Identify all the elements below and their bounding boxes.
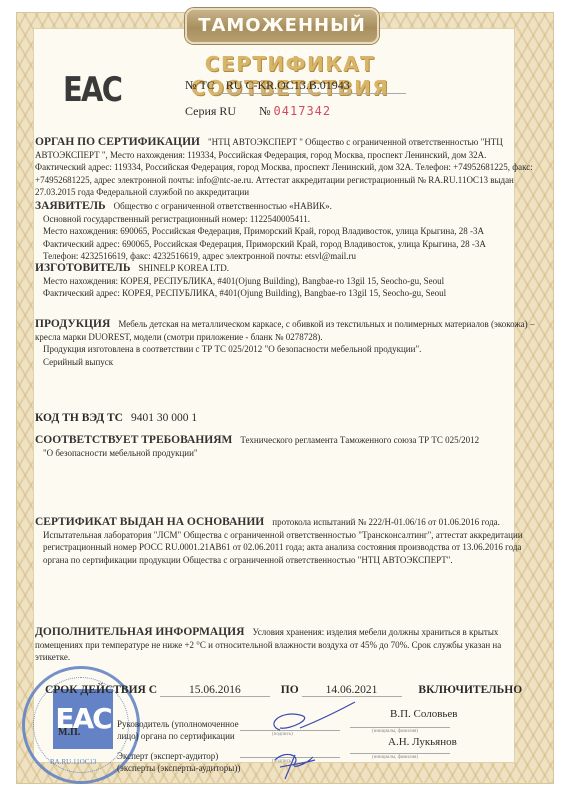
conformity-heading: СООТВЕТСТВУЕТ ТРЕБОВАНИЯМ — [35, 434, 232, 446]
manufacturer-name: SHINELP KOREA LTD. — [138, 263, 229, 273]
additional-heading: ДОПОЛНИТЕЛЬНАЯ ИНФОРМАЦИЯ — [35, 626, 244, 638]
manufacturer-line: Фактический адрес: КОРЕЯ, РЕСПУБЛИКА, #4… — [43, 287, 535, 300]
product-heading: ПРОДУКЦИЯ — [35, 318, 110, 330]
expert-signature-icon — [265, 735, 325, 780]
manufacturer-heading: ИЗГОТОВИТЕЛЬ — [35, 262, 130, 274]
stamp-text: RA.RU.11OC13 — [50, 758, 96, 766]
applicant-line: Основной государственный регистрационный… — [43, 213, 535, 226]
basis-body: Испытательная лаборатория "ЛСМ" Общества… — [35, 529, 535, 567]
tn-ved-code: КОД ТН ВЭД ТС9401 30 000 1 — [35, 412, 197, 424]
head-signature-icon — [260, 700, 360, 740]
head-label: Руководитель (уполномоченное лицо) орган… — [117, 718, 239, 742]
head-name-line — [350, 727, 450, 728]
tn-ved-value: 9401 30 000 1 — [131, 412, 197, 424]
certification-body-heading: ОРГАН ПО СЕРТИФИКАЦИИ — [35, 136, 200, 148]
series-label: Серия RU — [185, 104, 236, 118]
conformity-section: СООТВЕТСТВУЕТ ТРЕБОВАНИЯМТехнического ре… — [35, 434, 535, 459]
validity-from-label: СРОК ДЕЙСТВИЯ С — [45, 684, 157, 696]
expert-label-line: (эксперты (эксперты-аудиторы)) — [117, 762, 240, 774]
applicant-line: Фактический адрес: 690065, Российская Фе… — [43, 238, 535, 251]
name-caption: (инициалы, фамилия) — [372, 729, 418, 734]
validity-period: СРОК ДЕЙСТВИЯ С 15.06.2016 ПО 14.06.2021… — [45, 684, 525, 697]
tn-ved-heading: КОД ТН ВЭД ТС — [35, 412, 123, 424]
expert-label-line: Эксперт (эксперт-аудитор) — [117, 750, 240, 762]
eac-logo-icon: EAC — [63, 70, 121, 110]
name-caption: (инициалы, фамилия) — [372, 755, 418, 760]
stamp-eac-icon: EAC — [53, 689, 113, 749]
applicant-section: ЗАЯВИТЕЛЬОбщество с ограниченной ответст… — [35, 200, 535, 263]
head-name: В.П. Соловьев — [390, 708, 458, 720]
product-line: Продукция изготовлена в соответствии с Т… — [43, 343, 535, 356]
applicant-line: Телефон: 4232516619, факс: 4232516619, а… — [43, 250, 535, 263]
validity-to-label: ПО — [281, 684, 299, 696]
manufacturer-line: Место нахождения: КОРЕЯ, РЕСПУБЛИКА, #40… — [43, 275, 535, 288]
validity-to-date: 14.06.2021 — [302, 684, 402, 697]
certification-body-section: ОРГАН ПО СЕРТИФИКАЦИИ"НТЦ АВТОЭКСПЕРТ " … — [35, 136, 535, 199]
conformity-text: Технического регламента Таможенного союз… — [240, 435, 479, 445]
applicant-line: Место нахождения: 690065, Российская Фед… — [43, 225, 535, 238]
product-section: ПРОДУКЦИЯМебель детская на металлическом… — [35, 318, 535, 368]
series-number: Серия RU № 0417342 — [185, 104, 331, 119]
expert-label: Эксперт (эксперт-аудитор) (эксперты (экс… — [117, 750, 240, 774]
certificate-number: № ТС RU C-KR.OC13.B.01943 — [185, 78, 406, 94]
basis-section: СЕРТИФИКАТ ВЫДАН НА ОСНОВАНИИпротокола и… — [35, 516, 535, 566]
additional-info-section: ДОПОЛНИТЕЛЬНАЯ ИНФОРМАЦИЯУсловия хранени… — [35, 626, 535, 664]
conformity-line: "О безопасности мебельной продукции" — [35, 447, 535, 460]
number-label: № ТС — [185, 78, 215, 92]
series-no-label: № — [259, 104, 270, 118]
head-label-line: лицо) органа по сертификации — [117, 730, 239, 742]
series-no-value: 0417342 — [274, 104, 332, 118]
basis-text: протокола испытаний № 222/Н-01.06/16 от … — [272, 517, 500, 527]
head-label-line: Руководитель (уполномоченное — [117, 718, 239, 730]
manufacturer-section: ИЗГОТОВИТЕЛЬSHINELP KOREA LTD. Место нах… — [35, 262, 535, 300]
basis-heading: СЕРТИФИКАТ ВЫДАН НА ОСНОВАНИИ — [35, 516, 264, 528]
customs-union-banner: ТАМОЖЕННЫЙ СОЮЗ — [185, 8, 379, 44]
validity-inclusive-label: ВКЛЮЧИТЕЛЬНО — [418, 684, 522, 696]
stamp-mark: М.П. — [58, 727, 80, 738]
applicant-heading: ЗАЯВИТЕЛЬ — [35, 200, 106, 212]
product-line: Серийный выпуск — [43, 356, 535, 369]
applicant-name: Общество с ограниченной ответственностью… — [114, 201, 332, 211]
expert-name-line — [350, 753, 450, 754]
expert-name: А.Н. Лукьянов — [388, 736, 457, 748]
validity-from-date: 15.06.2016 — [160, 684, 270, 697]
number-value: RU C-KR.OC13.B.01943 — [218, 78, 406, 94]
